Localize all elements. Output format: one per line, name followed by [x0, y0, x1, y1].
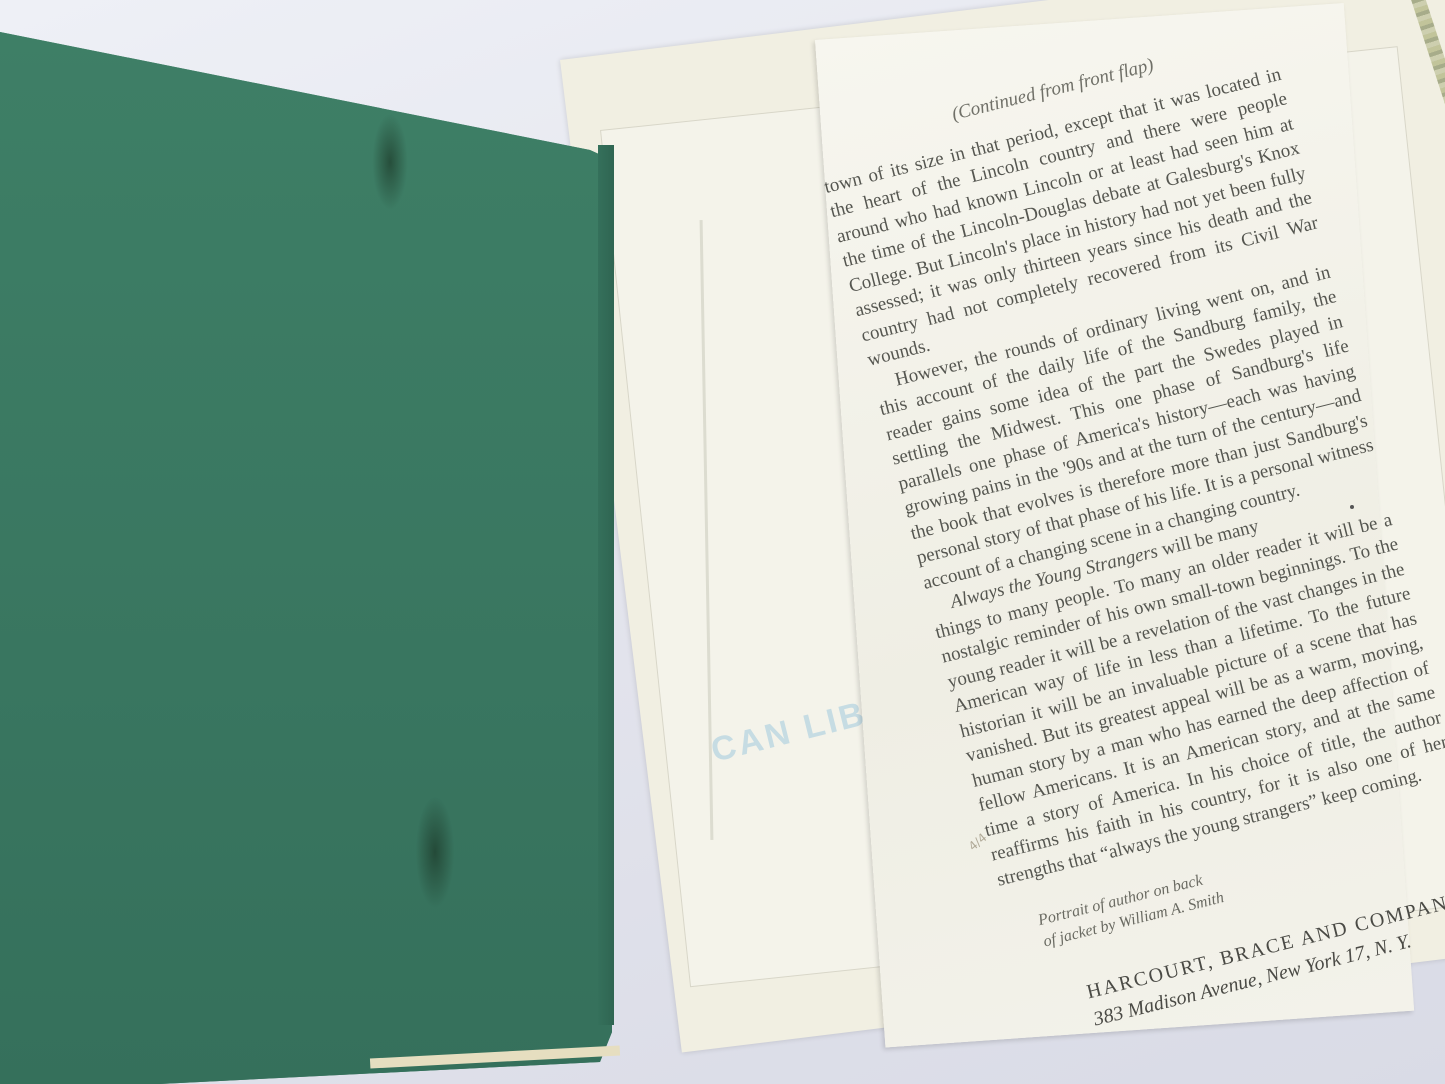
cover-edge	[598, 145, 614, 1025]
green-cloth-cover	[0, 32, 612, 1084]
ink-dot	[1350, 505, 1354, 509]
